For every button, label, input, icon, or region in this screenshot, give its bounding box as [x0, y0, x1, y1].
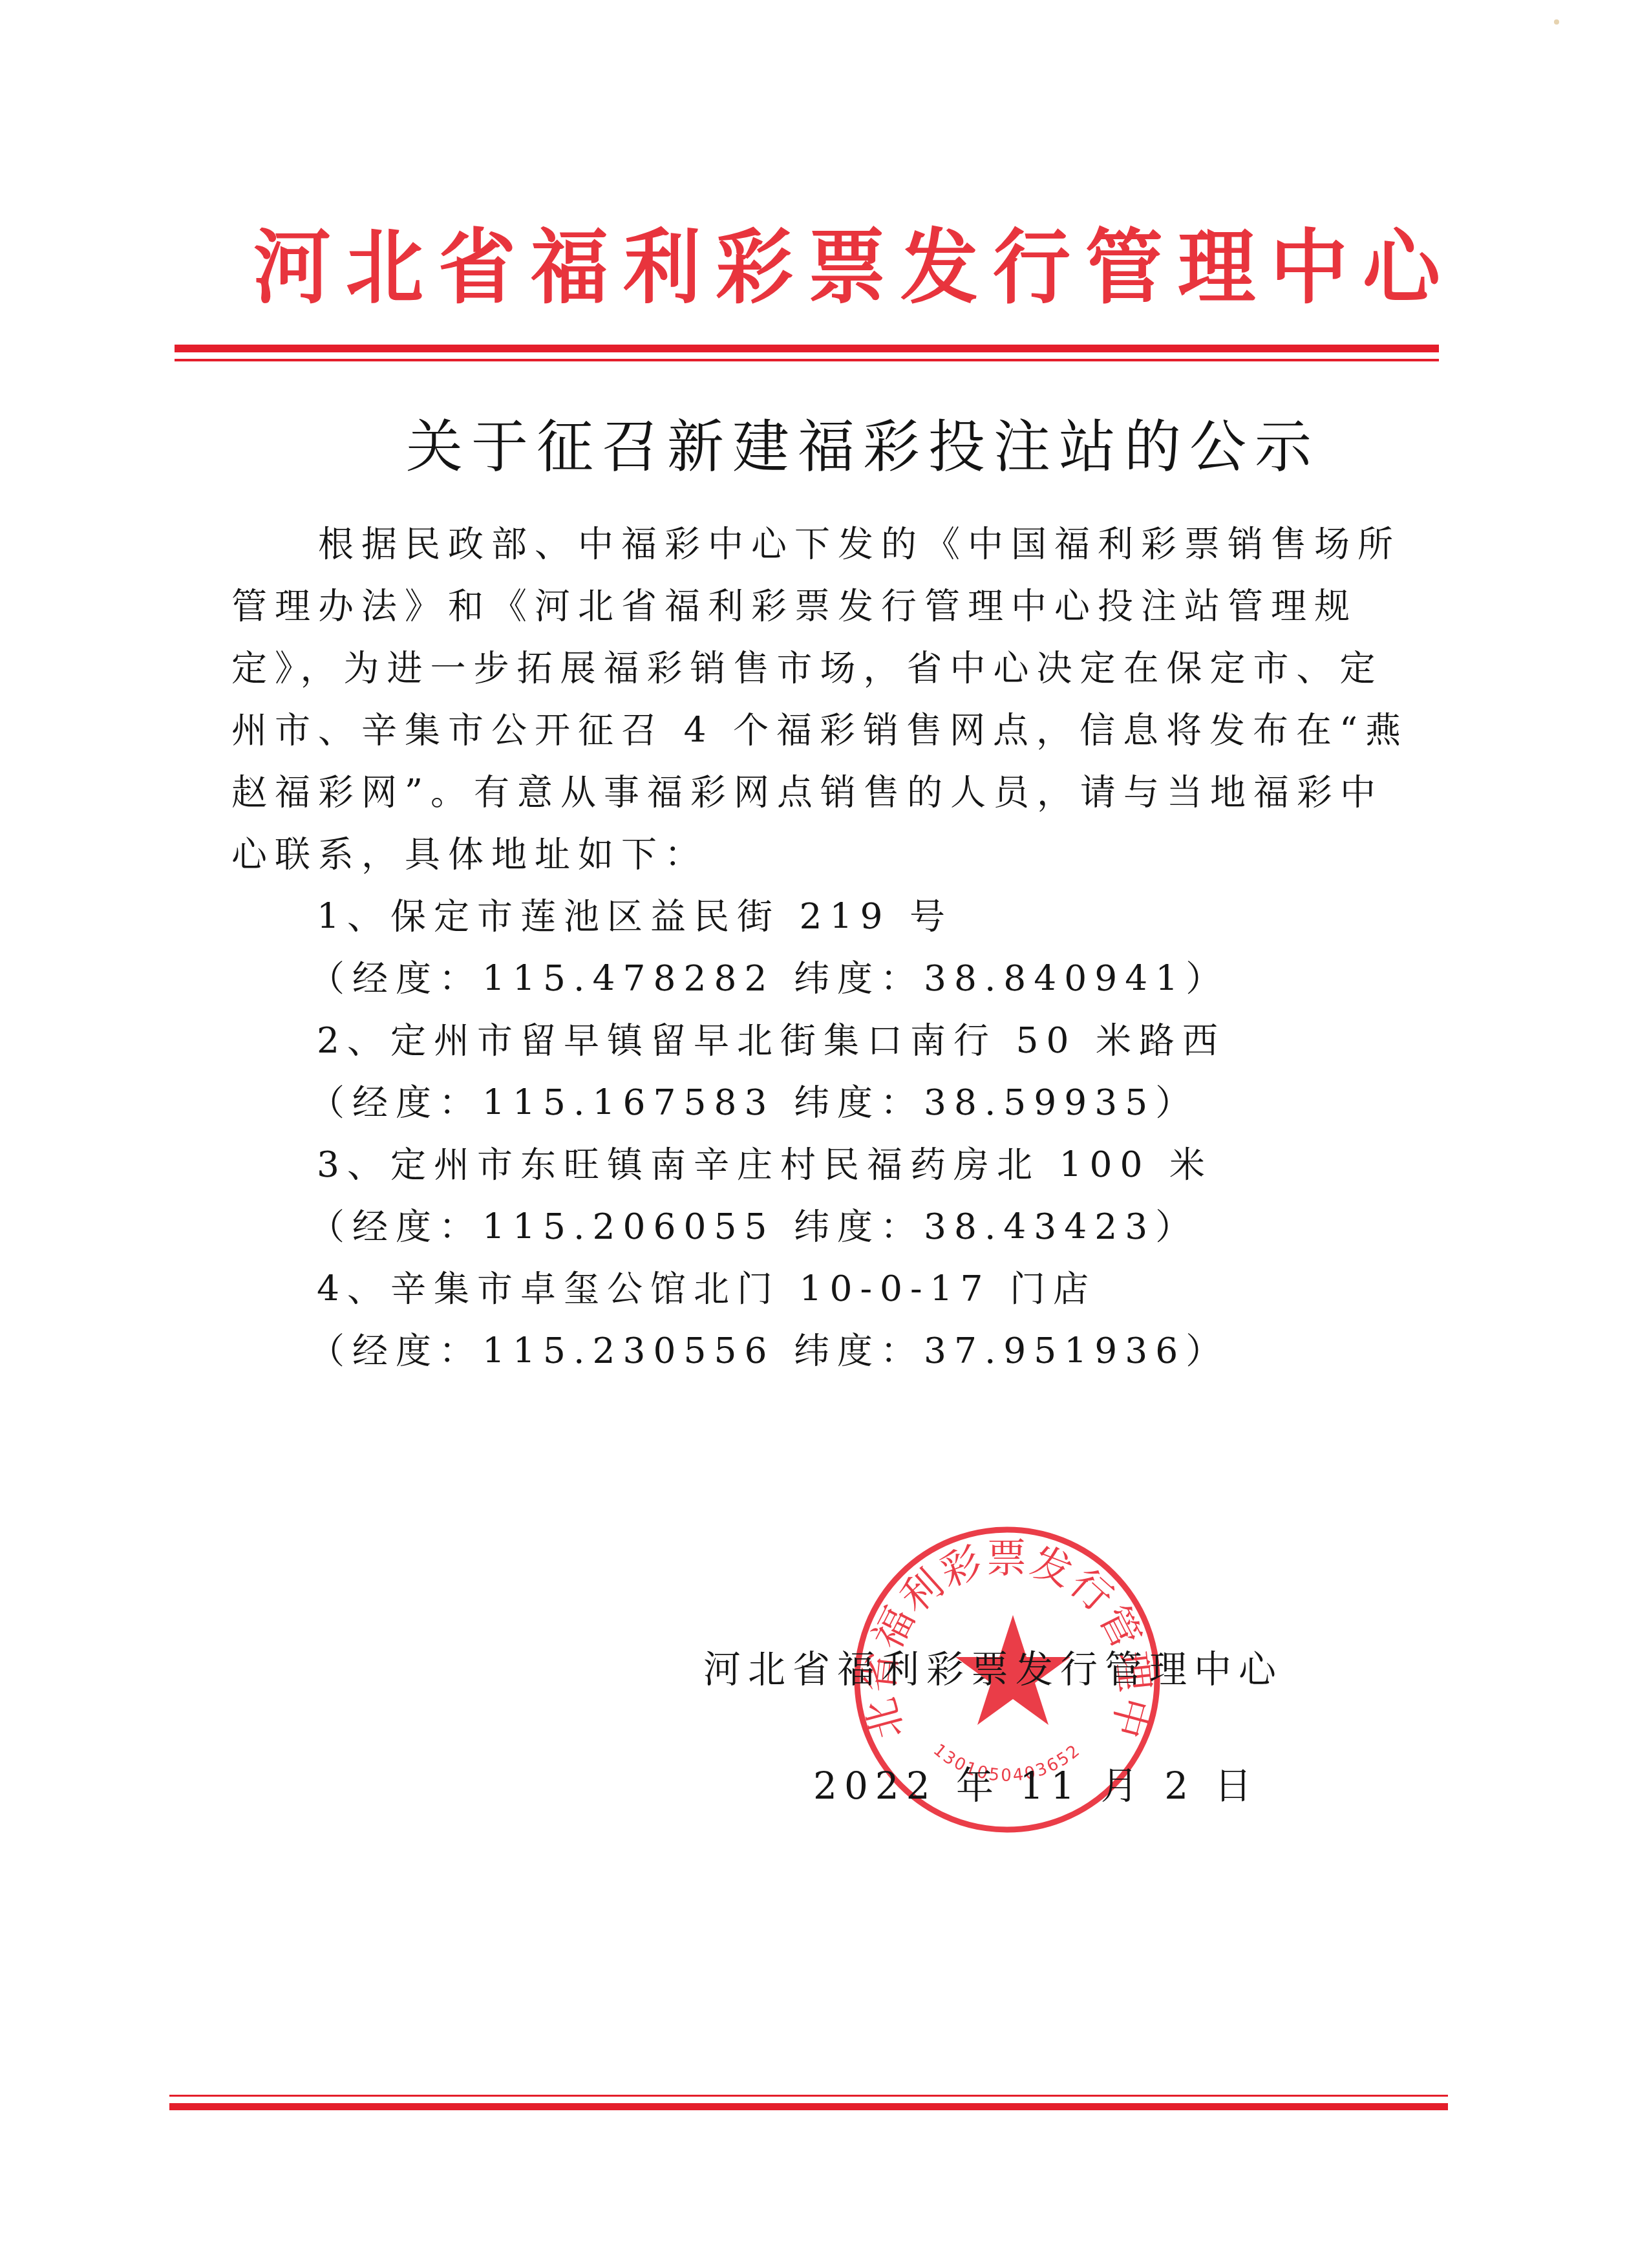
- body-line: 定》，为进一步拓展福彩销售市场，省中心决定在保定市、定: [231, 645, 1383, 690]
- location-address: 2、定州市留早镇留早北街集口南行 50 米路西: [317, 1018, 1226, 1063]
- seal-arc-text: 河北省福利彩票发行管理中心: [852, 1524, 1159, 1744]
- location-address: 4、辛集市卓玺公馆北门 10-0-17 门店: [317, 1266, 1096, 1311]
- body-line: 心联系，具体地址如下：: [231, 831, 708, 877]
- location-coordinates: （经度：115.167583 纬度：38.59935）: [309, 1080, 1198, 1125]
- location-coordinates: （经度：115.478282 纬度：38.840941）: [309, 956, 1229, 1001]
- location-coordinates: （经度：115.206055 纬度：38.43423）: [309, 1204, 1198, 1249]
- location-address: 3、定州市东旺镇南辛庄村民福药房北 100 米: [317, 1142, 1213, 1187]
- location-coordinates: （经度：115.230556 纬度：37.951936）: [309, 1328, 1229, 1373]
- letterhead-rule-thick: [175, 345, 1439, 352]
- body-line: 州市、辛集市公开征召 4 个福彩销售网点，信息将发布在“燕: [231, 707, 1409, 753]
- letterhead-rule-thin: [175, 359, 1439, 361]
- body-line: 根据民政部、中福彩中心下发的《中国福利彩票销售场所: [318, 521, 1401, 566]
- footer-rule-thick: [169, 2103, 1448, 2110]
- body-line: 赵福彩网”。有意从事福彩网点销售的人员，请与当地福彩中: [231, 769, 1383, 815]
- scan-speck: [1554, 19, 1559, 25]
- body-line: 管理办法》和《河北省福利彩票发行管理中心投注站管理规: [231, 583, 1357, 628]
- footer-rule-thin: [169, 2095, 1448, 2097]
- location-address: 1、保定市莲池区益民街 219 号: [317, 893, 953, 939]
- signature-date: 2022 年 11 月 2 日: [813, 1760, 1259, 1812]
- document-title: 关于征召新建福彩投注站的公示: [406, 411, 1320, 482]
- letterhead-organization: 河北省福利彩票发行管理中心: [253, 221, 1455, 316]
- signature-organization: 河北省福利彩票发行管理中心: [703, 1643, 1283, 1695]
